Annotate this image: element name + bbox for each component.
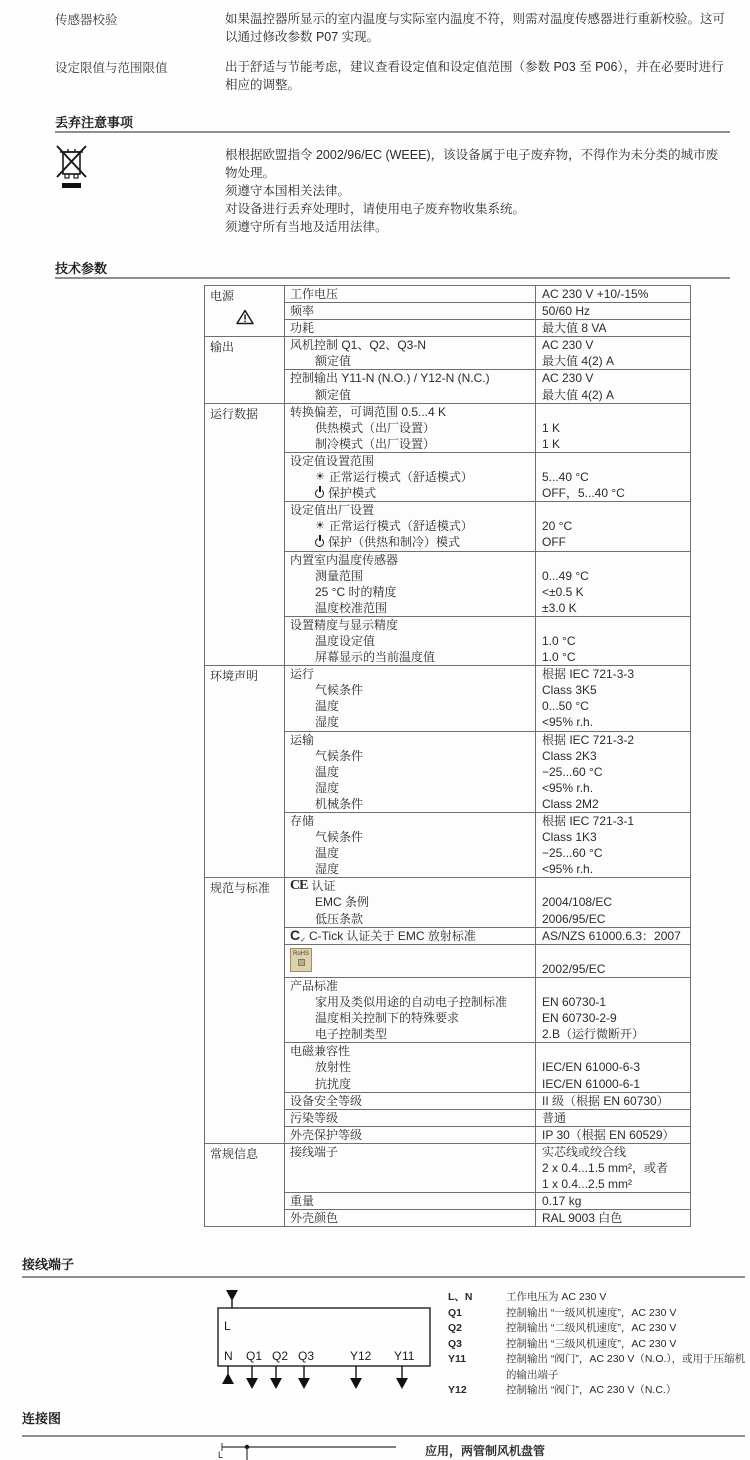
section-rule: [55, 277, 730, 279]
row-label: 电磁兼容性: [290, 1043, 350, 1059]
table-block: 重量0.17 kg: [285, 1192, 690, 1209]
definition-term: 传感器校验: [55, 10, 215, 28]
row-label: 存储: [290, 813, 314, 829]
row-label-cell: 风机控制 Q1、Q2、Q3-N: [285, 337, 535, 353]
row-value: 0...50 °C: [535, 698, 690, 714]
row-label-cell: 机械条件: [285, 796, 535, 812]
row-label-cell: 气候条件: [285, 682, 535, 698]
table-block: C✓C-Tick 认证关于 EMC 放射标准AS/NZS 61000.6.3：2…: [285, 927, 690, 944]
row-value: 普通: [535, 1110, 690, 1126]
table-group: 输出风机控制 Q1、Q2、Q3-NAC 230 V额定值最大值 4(2) A控制…: [205, 336, 690, 402]
terminal-label: Q1: [246, 1349, 262, 1363]
disposal-heading: 丢弃注意事项: [55, 112, 133, 131]
row-label-cell: 湿度: [285, 714, 535, 730]
row-value: EN 60730-2-9: [535, 1010, 690, 1026]
row-label-cell: 设置精度与显示精度: [285, 617, 535, 633]
row-label-cell: 重量: [285, 1193, 535, 1209]
row-value: AS/NZS 61000.6.3：2007: [535, 928, 690, 944]
row-label: 气候条件: [315, 829, 363, 845]
row-label: 屏幕显示的当前温度值: [315, 649, 435, 665]
row-label: 供热模式（出厂设置）: [315, 420, 435, 436]
protection-power-icon: [315, 538, 324, 547]
row-label-cell: 保护（供热和制冷）模式: [285, 534, 535, 550]
row-value: 1.0 °C: [535, 649, 690, 665]
row-label-cell: 家用及类似用途的自动电子控制标准: [285, 994, 535, 1010]
table-category-label: 常规信息: [210, 1147, 258, 1161]
row-label: 湿度: [315, 714, 339, 730]
row-label: 放射性: [315, 1059, 351, 1075]
table-row: 设置精度与显示精度: [285, 617, 690, 633]
row-value: <±0.5 K: [535, 584, 690, 600]
table-row: 运行根据 IEC 721-3-3: [285, 666, 690, 682]
definition-text: 如果温控器所显示的室内温度与实际室内温度不符，则需对温度传感器进行重新校验。这可…: [225, 10, 725, 46]
row-label: 功耗: [290, 320, 314, 336]
table-block: 存储根据 IEC 721-3-1气候条件Class 1K3温度−25...60 …: [285, 812, 690, 877]
row-label-cell: 放射性: [285, 1059, 535, 1075]
row-label-cell: 污染等级: [285, 1110, 535, 1126]
row-value: −25...60 °C: [535, 764, 690, 780]
row-label: 温度: [315, 845, 339, 861]
table-block: 设备安全等级II 级（根据 EN 60730）: [285, 1092, 690, 1109]
table-block: 运输根据 IEC 721-3-2气候条件Class 2K3温度−25...60 …: [285, 731, 690, 812]
table-block: 接线端子实芯线或绞合线2 x 0.4...1.5 mm²，或者1 x 0.4..…: [285, 1144, 690, 1192]
row-value: 2004/108/EC: [535, 894, 690, 910]
table-row: CE认证: [285, 878, 690, 894]
comfort-sun-icon: ☀: [315, 521, 325, 532]
row-label: 工作电压: [290, 286, 338, 302]
row-label-cell: 温度设定值: [285, 633, 535, 649]
disposal-text: 根根据欧盟指令 2002/96/EC (WEEE)，该设备属于电子废弃物，不得作…: [225, 146, 730, 236]
table-row: 额定值最大值 4(2) A: [285, 387, 690, 403]
row-label: 抗扰度: [315, 1076, 351, 1092]
legend-term: Q2: [448, 1321, 506, 1337]
row-label: 外壳颜色: [290, 1210, 338, 1226]
tech-parameters-table: 电源工作电压AC 230 V +10/-15%频率50/60 Hz功耗最大值 8…: [204, 285, 691, 1227]
row-label-cell: 温度相关控制下的特殊要求: [285, 1010, 535, 1026]
row-value: [535, 617, 690, 633]
row-label: 温度: [315, 698, 339, 714]
disposal-line: 根根据欧盟指令 2002/96/EC (WEEE)，该设备属于电子废弃物，不得作…: [225, 146, 730, 182]
table-block: 频率50/60 Hz: [285, 302, 690, 319]
table-row: 温度设定值1.0 °C: [285, 633, 690, 649]
table-row: 机械条件Class 2M2: [285, 796, 690, 812]
row-value: 实芯线或绞合线: [535, 1144, 690, 1160]
table-block: CE认证EMC 条例2004/108/EC低压条款2006/95/EC: [285, 878, 690, 926]
legend-term: Y12: [448, 1383, 506, 1399]
row-value: 2.B（运行微断开）: [535, 1026, 690, 1042]
section-rule: [55, 131, 730, 133]
row-label-cell: 气候条件: [285, 748, 535, 764]
row-label: 机械条件: [315, 796, 363, 812]
row-label: 额定值: [315, 387, 351, 403]
table-row: 工作电压AC 230 V +10/-15%: [285, 286, 690, 302]
row-label-cell: 电磁兼容性: [285, 1043, 535, 1059]
row-value: AC 230 V: [535, 337, 690, 353]
row-value: AC 230 V: [535, 370, 690, 386]
table-category-label: 输出: [210, 340, 234, 354]
row-label: 电子控制类型: [315, 1026, 387, 1042]
table-row: 转换偏差，可调范围 0.5...4 K: [285, 404, 690, 420]
table-block: 产品标准家用及类似用途的自动电子控制标准EN 60730-1温度相关控制下的特殊…: [285, 977, 690, 1042]
row-label: 气候条件: [315, 682, 363, 698]
row-label: 内置室内温度传感器: [290, 552, 398, 568]
table-category-label: 规范与标准: [210, 881, 270, 895]
table-category-cell: 常规信息: [205, 1144, 285, 1226]
table-block: 转换偏差，可调范围 0.5...4 K供热模式（出厂设置）1 K制冷模式（出厂设…: [285, 404, 690, 452]
table-row: 设定值出厂设置: [285, 502, 690, 518]
definition-text: 出于舒适与节能考虑，建议查看设定值和设定值范围（参数 P03 至 P06），并在…: [225, 58, 725, 94]
table-block: 设定值出厂设置☀正常运行模式（舒适模式）20 °C保护（供热和制冷）模式OFF: [285, 501, 690, 550]
row-label: 设置精度与显示精度: [290, 617, 398, 633]
row-value: 最大值 4(2) A: [535, 353, 690, 369]
row-value: 0...49 °C: [535, 568, 690, 584]
table-row: 外壳保护等级IP 30（根据 EN 60529）: [285, 1127, 690, 1143]
row-label: C-Tick 认证关于 EMC 放射标准: [309, 928, 476, 944]
row-value: 1 K: [535, 436, 690, 452]
table-row: 25 °C 时的精度<±0.5 K: [285, 584, 690, 600]
terminal-label: N: [224, 1349, 233, 1363]
table-block: 外壳颜色RAL 9003 白色: [285, 1209, 690, 1226]
table-row: 测量范围0...49 °C: [285, 568, 690, 584]
terminal-label: Q3: [298, 1349, 314, 1363]
definition-term: 设定限值与范围限值: [55, 58, 215, 76]
terminal-legend: L、N工作电压为 AC 230 VQ1控制输出 “一级风机速度”，AC 230 …: [448, 1290, 748, 1399]
table-row: 电子控制类型2.B（运行微断开）: [285, 1026, 690, 1042]
row-label-cell: 运行: [285, 666, 535, 682]
table-row: 存储根据 IEC 721-3-1: [285, 813, 690, 829]
row-value: OFF，5...40 °C: [535, 485, 690, 501]
table-row: 额定值最大值 4(2) A: [285, 353, 690, 369]
row-label: 风机控制 Q1、Q2、Q3-N: [290, 337, 426, 353]
row-label: 湿度: [315, 780, 339, 796]
row-label-cell: ☀正常运行模式（舒适模式）: [285, 518, 535, 534]
row-label-cell: 外壳保护等级: [285, 1127, 535, 1143]
terminal-diagram: L N Q1 Q2 Q3 Y12 Y11: [180, 1286, 450, 1403]
table-group: 规范与标准CE认证EMC 条例2004/108/EC低压条款2006/95/EC…: [205, 877, 690, 1143]
table-block: 设定值设置范围☀正常运行模式（舒适模式）5...40 °C保护模式OFF，5..…: [285, 452, 690, 501]
row-label-cell: 温度: [285, 845, 535, 861]
row-value: [535, 552, 690, 568]
row-label: 重量: [290, 1193, 314, 1209]
section-rule: [22, 1435, 745, 1437]
row-value: [535, 978, 690, 994]
row-label: 控制输出 Y11-N (N.O.) / Y12-N (N.C.): [290, 370, 490, 386]
terminal-label: Y11: [394, 1349, 415, 1363]
row-label-cell: C✓C-Tick 认证关于 EMC 放射标准: [285, 928, 535, 944]
protection-power-icon: [315, 489, 324, 498]
table-row: 污染等级普通: [285, 1110, 690, 1126]
row-label-cell: 电子控制类型: [285, 1026, 535, 1042]
table-row: 湿度<95% r.h.: [285, 861, 690, 877]
row-label: 温度校准范围: [315, 600, 387, 616]
table-row: 接线端子实芯线或绞合线: [285, 1144, 690, 1160]
row-label-cell: 控制输出 Y11-N (N.O.) / Y12-N (N.C.): [285, 370, 535, 386]
table-row: 温度−25...60 °C: [285, 845, 690, 861]
row-value: 最大值 8 VA: [535, 320, 690, 336]
row-value: 2002/95/EC: [535, 961, 690, 977]
row-value: IP 30（根据 EN 60529）: [535, 1127, 690, 1143]
row-label-cell: 温度: [285, 764, 535, 780]
connection-diagram-partial: L: [214, 1438, 414, 1460]
row-label: 保护（供热和制冷）模式: [328, 534, 460, 550]
table-block: 内置室内温度传感器测量范围0...49 °C25 °C 时的精度<±0.5 K温…: [285, 551, 690, 616]
terminal-label: Y12: [350, 1349, 372, 1363]
row-value: 1 K: [535, 420, 690, 436]
table-group: 常规信息接线端子实芯线或绞合线2 x 0.4...1.5 mm²，或者1 x 0…: [205, 1143, 690, 1226]
legend-term: Q1: [448, 1306, 506, 1322]
ce-mark-icon: CE: [290, 878, 307, 894]
table-row: 放射性IEC/EN 61000-6-3: [285, 1059, 690, 1075]
row-value: −25...60 °C: [535, 845, 690, 861]
disposal-line: 须遵守本国相关法律。: [225, 182, 730, 200]
table-block: RoHS2002/95/EC: [285, 944, 690, 977]
row-label: 认证: [311, 878, 335, 894]
row-label: 气候条件: [315, 748, 363, 764]
row-label-cell: 设定值出厂设置: [285, 502, 535, 518]
row-value: Class 1K3: [535, 829, 690, 845]
row-label: 温度设定值: [315, 633, 375, 649]
row-label-cell: [285, 1176, 535, 1192]
row-label-cell: 接线端子: [285, 1144, 535, 1160]
definition-row: 传感器校验 如果温控器所显示的室内温度与实际室内温度不符，则需对温度传感器进行重…: [0, 10, 750, 56]
row-label-cell: 功耗: [285, 320, 535, 336]
row-value: ±3.0 K: [535, 600, 690, 616]
table-block: 电磁兼容性放射性IEC/EN 61000-6-3抗扰度IEC/EN 61000-…: [285, 1042, 690, 1091]
table-row: 屏幕显示的当前温度值1.0 °C: [285, 649, 690, 665]
table-category-label: 电源: [210, 289, 234, 303]
row-label: 设定值设置范围: [290, 453, 374, 469]
table-row: 低压条款2006/95/EC: [285, 911, 690, 927]
table-category-cell: 运行数据: [205, 404, 285, 666]
table-block: 控制输出 Y11-N (N.O.) / Y12-N (N.C.)AC 230 V…: [285, 369, 690, 402]
legend-term: L、N: [448, 1290, 506, 1306]
table-group: 环境声明运行根据 IEC 721-3-3气候条件Class 3K5温度0...5…: [205, 665, 690, 877]
row-label: 低压条款: [315, 911, 363, 927]
row-label: 正常运行模式（舒适模式）: [329, 518, 473, 534]
table-row: 保护（供热和制冷）模式OFF: [285, 534, 690, 550]
row-label-cell: 制冷模式（出厂设置）: [285, 436, 535, 452]
legend-row: L、N工作电压为 AC 230 V: [448, 1290, 748, 1306]
terminals-heading: 接线端子: [22, 1254, 74, 1273]
row-value: AC 230 V +10/-15%: [535, 286, 690, 302]
row-value: OFF: [535, 534, 690, 550]
row-label: 产品标准: [290, 978, 338, 994]
row-label-cell: [285, 961, 535, 977]
table-category-label: 运行数据: [210, 407, 258, 421]
legend-row: Y12控制输出 “阀门”，AC 230 V（N.C.）: [448, 1383, 748, 1399]
legend-description: 控制输出 “一级风机速度”，AC 230 V: [506, 1306, 748, 1322]
row-label-cell: 测量范围: [285, 568, 535, 584]
row-value: 20 °C: [535, 518, 690, 534]
row-value: RAL 9003 白色: [535, 1210, 690, 1226]
legend-description: 工作电压为 AC 230 V: [506, 1290, 748, 1306]
table-row: 电磁兼容性: [285, 1043, 690, 1059]
table-row: C✓C-Tick 认证关于 EMC 放射标准AS/NZS 61000.6.3：2…: [285, 928, 690, 944]
table-block: 运行根据 IEC 721-3-3气候条件Class 3K5温度0...50 °C…: [285, 666, 690, 730]
table-row: 供热模式（出厂设置）1 K: [285, 420, 690, 436]
table-block: 外壳保护等级IP 30（根据 EN 60529）: [285, 1126, 690, 1143]
row-value: [535, 945, 690, 961]
row-label: 接线端子: [290, 1144, 338, 1160]
row-label-cell: 温度校准范围: [285, 600, 535, 616]
row-label: 制冷模式（出厂设置）: [315, 436, 435, 452]
row-label-cell: 屏幕显示的当前温度值: [285, 649, 535, 665]
row-label-cell: ☀正常运行模式（舒适模式）: [285, 469, 535, 485]
legend-row: Q3控制输出 “三级风机速度”，AC 230 V: [448, 1337, 748, 1353]
row-label-cell: 运输: [285, 732, 535, 748]
row-value: 5...40 °C: [535, 469, 690, 485]
row-value: <95% r.h.: [535, 780, 690, 796]
row-value: 0.17 kg: [535, 1193, 690, 1209]
row-label: 保护模式: [328, 485, 376, 501]
row-value: 1.0 °C: [535, 633, 690, 649]
row-label: 外壳保护等级: [290, 1127, 362, 1143]
row-value: Class 2M2: [535, 796, 690, 812]
table-row: RoHS: [285, 945, 690, 961]
table-category-label: 环境声明: [210, 669, 258, 683]
table-row: 抗扰度IEC/EN 61000-6-1: [285, 1076, 690, 1092]
row-label-cell: 25 °C 时的精度: [285, 584, 535, 600]
table-row: 外壳颜色RAL 9003 白色: [285, 1210, 690, 1226]
legend-description: 控制输出 “二级风机速度”，AC 230 V: [506, 1321, 748, 1337]
table-row: 产品标准: [285, 978, 690, 994]
row-value: 50/60 Hz: [535, 303, 690, 319]
table-group: 运行数据转换偏差，可调范围 0.5...4 K供热模式（出厂设置）1 K制冷模式…: [205, 403, 690, 666]
table-row: 控制输出 Y11-N (N.O.) / Y12-N (N.C.)AC 230 V: [285, 370, 690, 386]
row-value: [535, 1043, 690, 1059]
row-label: 25 °C 时的精度: [315, 584, 396, 600]
row-label: EMC 条例: [315, 894, 369, 910]
row-label-cell: 转换偏差，可调范围 0.5...4 K: [285, 404, 535, 420]
row-label-cell: 额定值: [285, 387, 535, 403]
row-value: [535, 453, 690, 469]
row-label: 额定值: [315, 353, 351, 369]
table-row: 风机控制 Q1、Q2、Q3-NAC 230 V: [285, 337, 690, 353]
row-value: [535, 878, 690, 894]
disposal-line: 须遵守所有当地及适用法律。: [225, 218, 730, 236]
row-label: 湿度: [315, 861, 339, 877]
table-row: 制冷模式（出厂设置）1 K: [285, 436, 690, 452]
table-row: 湿度<95% r.h.: [285, 714, 690, 730]
table-block: 风机控制 Q1、Q2、Q3-NAC 230 V额定值最大值 4(2) A: [285, 337, 690, 369]
table-row: 功耗最大值 8 VA: [285, 320, 690, 336]
table-block: 功耗最大值 8 VA: [285, 319, 690, 336]
row-value: 根据 IEC 721-3-3: [535, 666, 690, 682]
table-block: 设置精度与显示精度温度设定值1.0 °C屏幕显示的当前温度值1.0 °C: [285, 616, 690, 665]
legend-description: 控制输出 “阀门”，AC 230 V（N.C.）: [506, 1383, 748, 1399]
table-category-cell: 环境声明: [205, 666, 285, 877]
table-block: 污染等级普通: [285, 1109, 690, 1126]
wire-label: L: [218, 1450, 223, 1460]
row-label-cell: 频率: [285, 303, 535, 319]
table-row: 家用及类似用途的自动电子控制标准EN 60730-1: [285, 994, 690, 1010]
table-row: 2002/95/EC: [285, 961, 690, 977]
legend-description: 控制输出 “三级风机速度”，AC 230 V: [506, 1337, 748, 1353]
row-value: 最大值 4(2) A: [535, 387, 690, 403]
row-label-cell: [285, 1160, 535, 1176]
row-value: II 级（根据 EN 60730）: [535, 1093, 690, 1109]
row-label-cell: 温度: [285, 698, 535, 714]
table-group: 电源工作电压AC 230 V +10/-15%频率50/60 Hz功耗最大值 8…: [205, 286, 690, 336]
table-row: 湿度<95% r.h.: [285, 780, 690, 796]
row-label-cell: 外壳颜色: [285, 1210, 535, 1226]
row-label: 污染等级: [290, 1110, 338, 1126]
document-page: 传感器校验 如果温控器所显示的室内温度与实际室内温度不符，则需对温度传感器进行重…: [0, 0, 750, 1460]
table-row: 温度校准范围±3.0 K: [285, 600, 690, 616]
legend-row: Q2控制输出 “二级风机速度”，AC 230 V: [448, 1321, 748, 1337]
row-value: 1 x 0.4...2.5 mm²: [535, 1176, 690, 1192]
row-label: 温度相关控制下的特殊要求: [315, 1010, 459, 1026]
table-category-cell: 输出: [205, 337, 285, 402]
table-row: 保护模式OFF，5...40 °C: [285, 485, 690, 501]
table-row: EMC 条例2004/108/EC: [285, 894, 690, 910]
comfort-sun-icon: ☀: [315, 472, 325, 483]
row-value: 2 x 0.4...1.5 mm²，或者: [535, 1160, 690, 1176]
terminal-label: L: [224, 1319, 231, 1333]
legend-description: 控制输出 “阀门”，AC 230 V（N.O.），或用于压缩机的输出端子: [506, 1352, 748, 1383]
table-row: 重量0.17 kg: [285, 1193, 690, 1209]
row-label: 运输: [290, 732, 314, 748]
row-label-cell: 工作电压: [285, 286, 535, 302]
row-label-cell: 内置室内温度传感器: [285, 552, 535, 568]
row-value: 根据 IEC 721-3-1: [535, 813, 690, 829]
table-row: 气候条件Class 3K5: [285, 682, 690, 698]
row-label-cell: 存储: [285, 813, 535, 829]
warning-triangle-icon: [210, 309, 280, 328]
row-value: 2006/95/EC: [535, 911, 690, 927]
row-label-cell: 产品标准: [285, 978, 535, 994]
row-label-cell: RoHS: [285, 945, 535, 961]
table-row: 气候条件Class 1K3: [285, 829, 690, 845]
row-value: <95% r.h.: [535, 861, 690, 877]
row-label-cell: 湿度: [285, 780, 535, 796]
tech-heading: 技术参数: [55, 258, 107, 277]
legend-row: Y11控制输出 “阀门”，AC 230 V（N.O.），或用于压缩机的输出端子: [448, 1352, 748, 1383]
table-row: 气候条件Class 2K3: [285, 748, 690, 764]
row-label: 设备安全等级: [290, 1093, 362, 1109]
row-label-cell: 保护模式: [285, 485, 535, 501]
table-category-cell: 电源: [205, 286, 285, 336]
table-row: 2 x 0.4...1.5 mm²，或者: [285, 1160, 690, 1176]
legend-term: Y11: [448, 1352, 506, 1383]
table-row: 温度相关控制下的特殊要求EN 60730-2-9: [285, 1010, 690, 1026]
table-row: 温度−25...60 °C: [285, 764, 690, 780]
table-row: 设备安全等级II 级（根据 EN 60730）: [285, 1093, 690, 1109]
row-label-cell: 设定值设置范围: [285, 453, 535, 469]
row-value: 根据 IEC 721-3-2: [535, 732, 690, 748]
row-value: Class 2K3: [535, 748, 690, 764]
row-label: 设定值出厂设置: [290, 502, 374, 518]
row-value: <95% r.h.: [535, 714, 690, 730]
row-label: 温度: [315, 764, 339, 780]
table-row: 运输根据 IEC 721-3-2: [285, 732, 690, 748]
connection-heading: 连接图: [22, 1408, 61, 1427]
definition-row: 设定限值与范围限值 出于舒适与节能考虑，建议查看设定值和设定值范围（参数 P03…: [0, 58, 750, 104]
connection-caption: 应用，两管制风机盘管: [425, 1442, 545, 1459]
legend-row: Q1控制输出 “一级风机速度”，AC 230 V: [448, 1306, 748, 1322]
row-label: 测量范围: [315, 568, 363, 584]
legend-term: Q3: [448, 1337, 506, 1353]
row-value: IEC/EN 61000-6-3: [535, 1059, 690, 1075]
table-row: ☀正常运行模式（舒适模式）5...40 °C: [285, 469, 690, 485]
row-label-cell: 供热模式（出厂设置）: [285, 420, 535, 436]
row-label-cell: EMC 条例: [285, 894, 535, 910]
table-row: 频率50/60 Hz: [285, 303, 690, 319]
row-label: 转换偏差，可调范围 0.5...4 K: [290, 404, 446, 420]
table-row: 温度0...50 °C: [285, 698, 690, 714]
table-row: 内置室内温度传感器: [285, 552, 690, 568]
row-label: 运行: [290, 666, 314, 682]
